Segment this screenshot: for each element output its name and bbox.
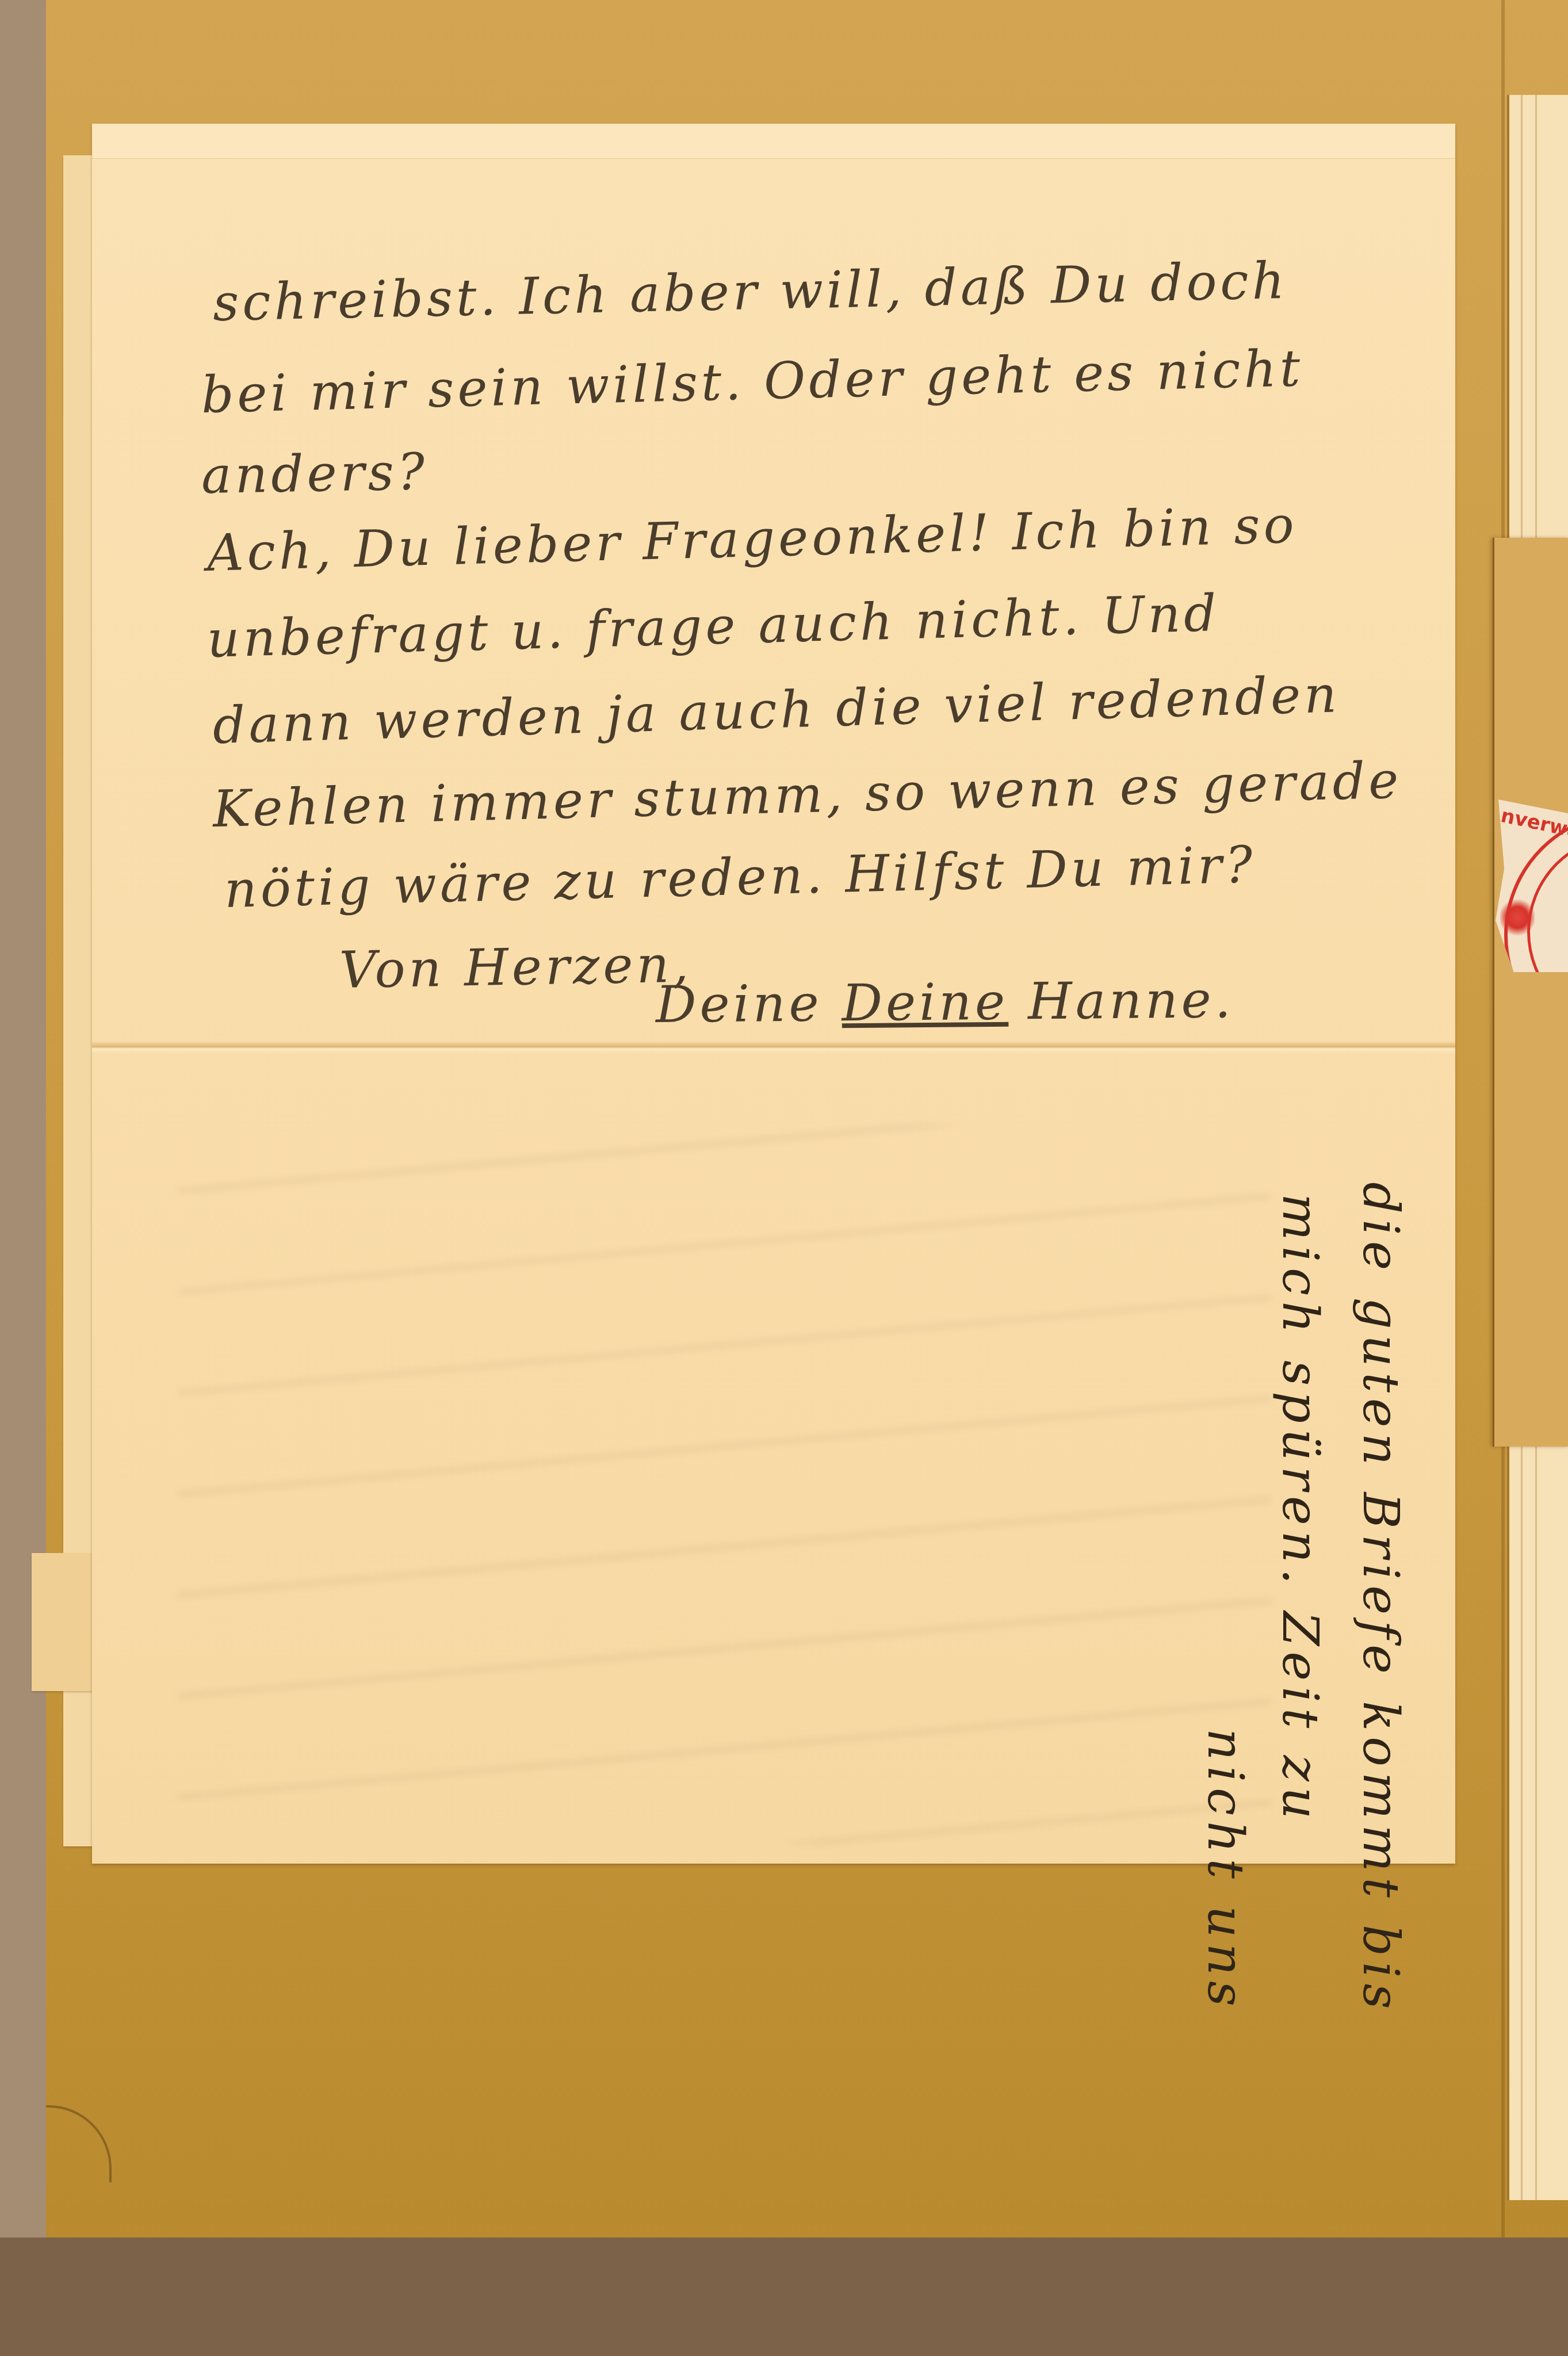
bleed-through-text: [178, 1125, 1271, 1844]
seal-emblem-icon: [1500, 897, 1535, 938]
letter-line-1: schreibst. Ich aber will, daß Du doch: [212, 251, 1288, 332]
letter-top-edge: [92, 124, 1455, 159]
signature-word-2: Deine: [842, 972, 1008, 1033]
torn-envelope: [1493, 538, 1568, 1447]
letter-line-7: Kehlen immer stumm, so wenn es gerade: [212, 750, 1402, 838]
letter-line-6: dann werden ja auch die viel redenden: [212, 664, 1341, 755]
margin-vertical-line-2: mich spüren. Zeit zu: [1271, 1194, 1329, 1825]
archival-photo-scene: schreibst. Ich aber will, daß Du doch be…: [0, 0, 1568, 2356]
margin-vertical-line-1: die guten Briefe kommt bis: [1352, 1182, 1409, 2015]
margin-vertical-line-3: nicht uns: [1196, 1728, 1254, 2012]
letter-signature: Deine Deine Hanne.: [656, 970, 1235, 1034]
letter-page: schreibst. Ich aber will, daß Du doch be…: [92, 124, 1455, 1864]
letter-fold-crease: [92, 1041, 1455, 1054]
signature-name: Hanne.: [1028, 970, 1234, 1031]
red-seal-stamp: nverwa: [1496, 800, 1568, 972]
letter-line-2: bei mir sein willst. Oder geht es nicht: [201, 338, 1305, 424]
letter-line-3: anders?: [201, 442, 429, 505]
letter-line-8: nötig wäre zu reden. Hilfst Du mir?: [224, 835, 1257, 919]
letter-line-5: unbefragt u. frage auch nicht. Und: [206, 583, 1221, 669]
letter-closing: Von Herzen,: [339, 934, 693, 1000]
signature-word-1: Deine: [656, 973, 823, 1034]
underlying-sheet-corner: [32, 1553, 101, 1691]
letter-line-4: Ach, Du lieber Frageonkel! Ich bin so: [206, 495, 1298, 583]
table-surface-bottom: [0, 2238, 1568, 2356]
